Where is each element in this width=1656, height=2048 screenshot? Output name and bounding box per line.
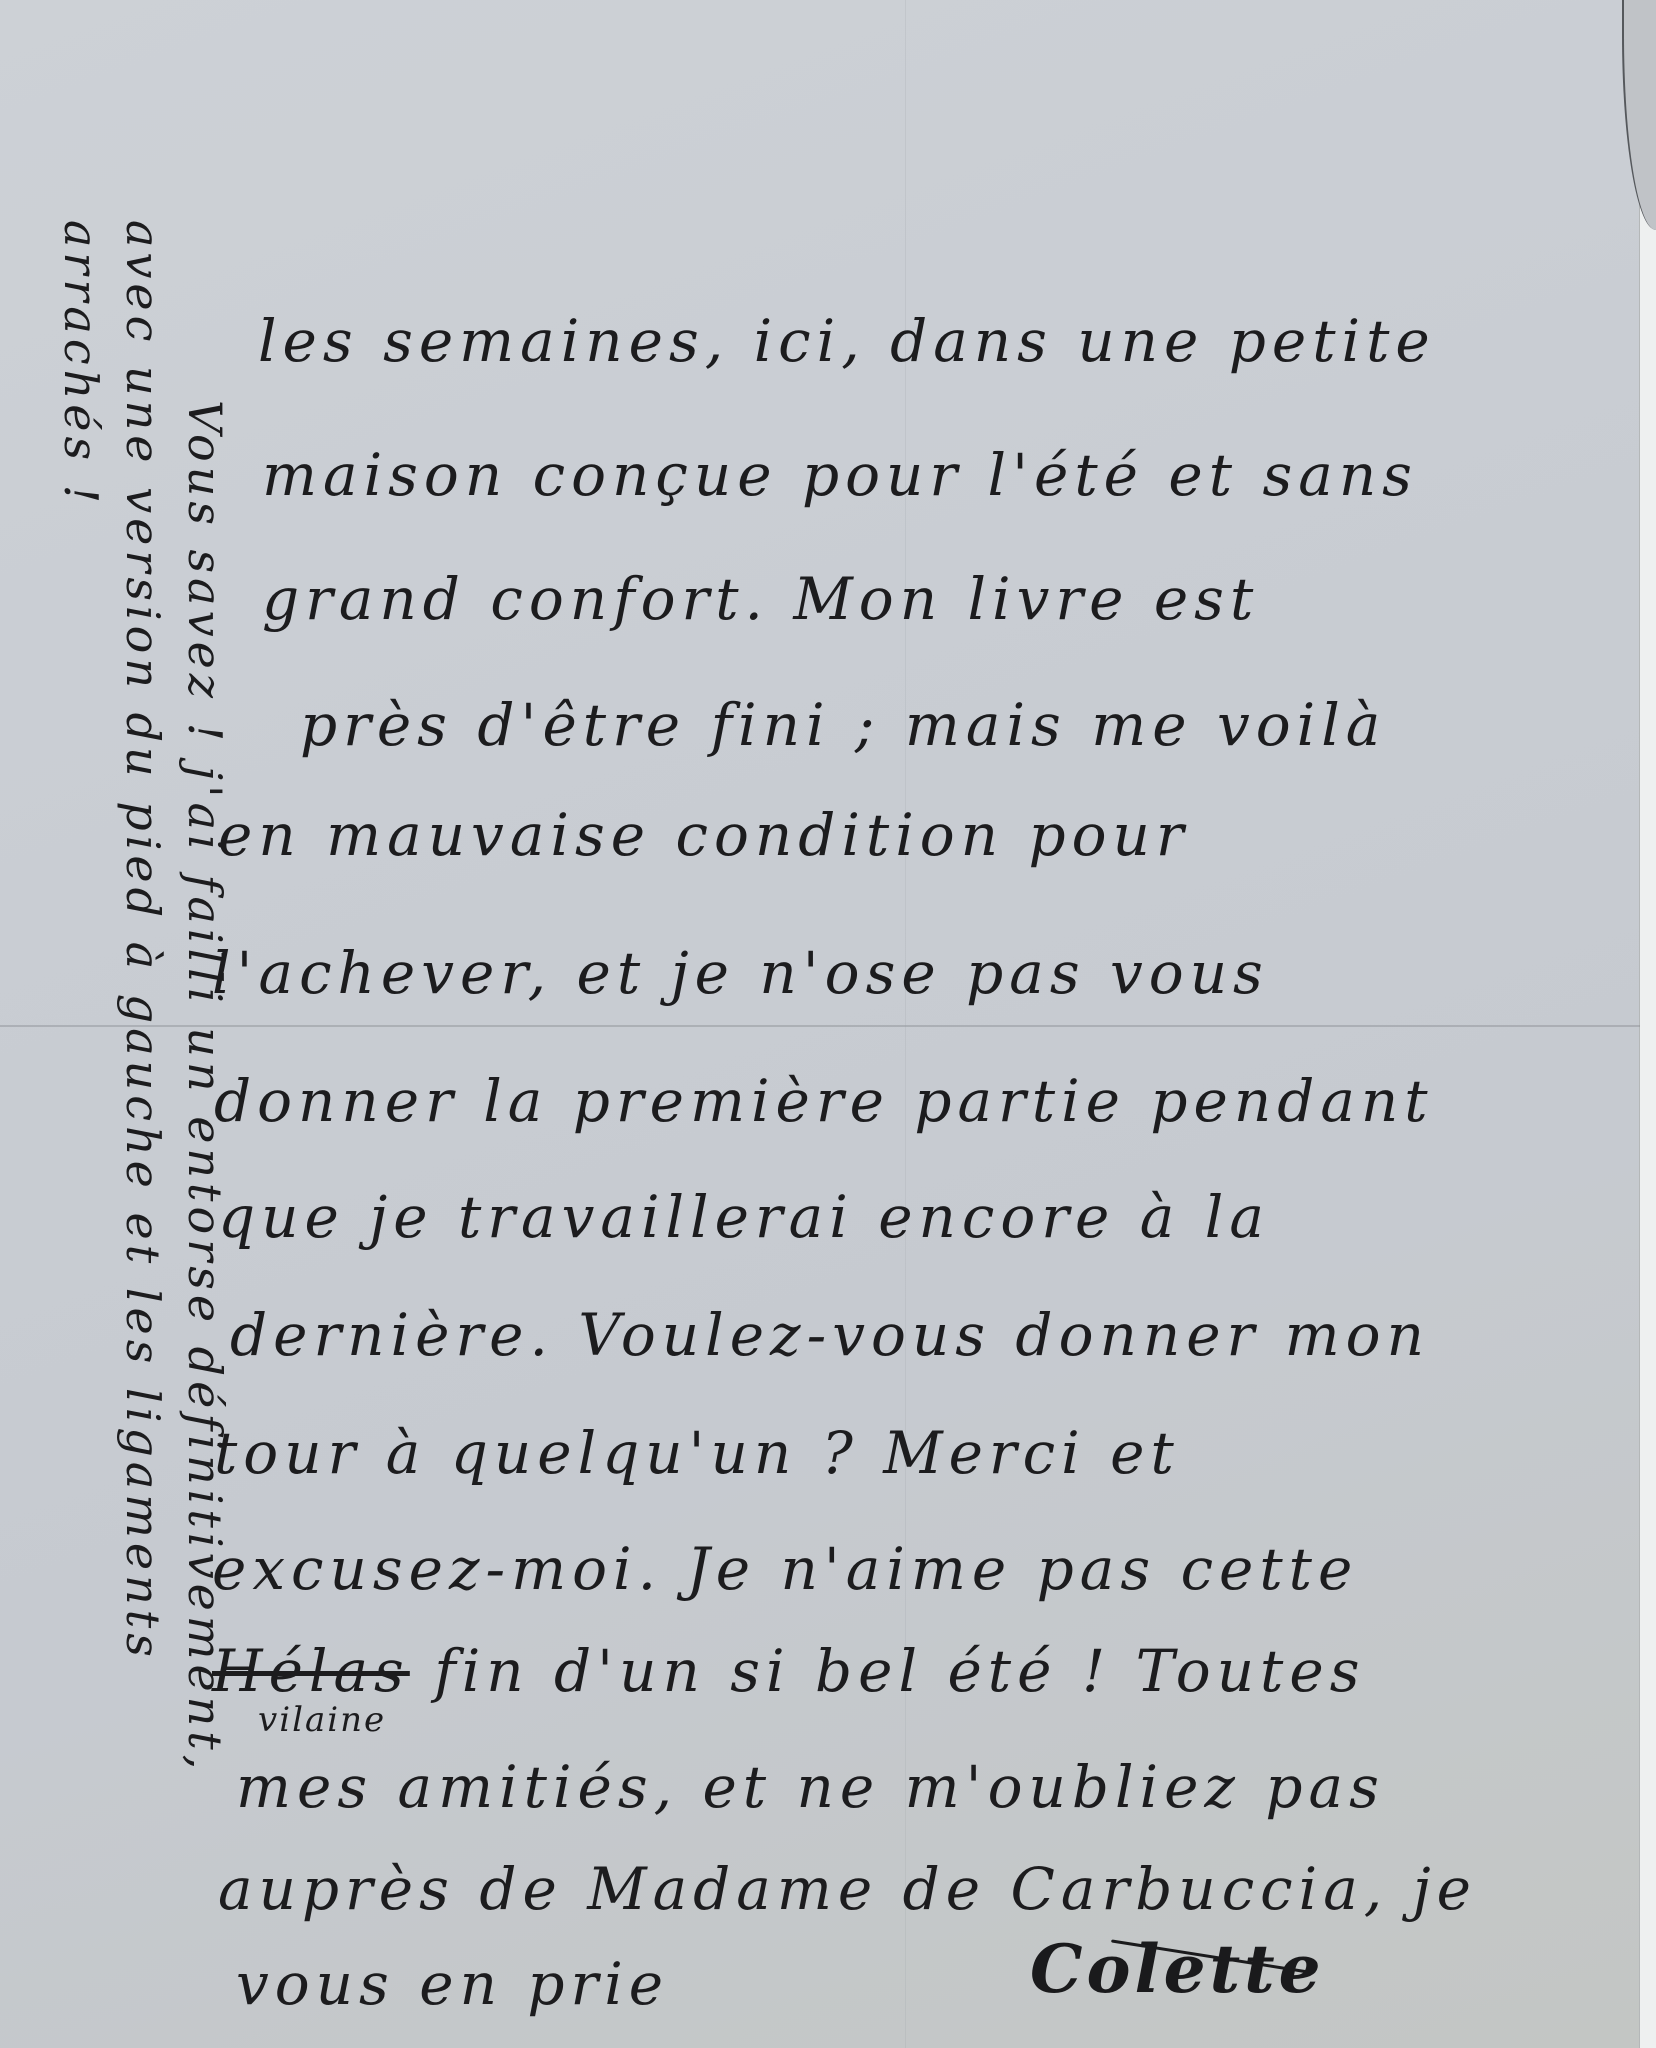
letter-photo: les semaines, ici, dans une petite maiso… <box>0 0 1656 2048</box>
body-line-15: vous en prie <box>236 1955 669 2013</box>
letter-sheet: les semaines, ici, dans une petite maiso… <box>0 0 1640 2048</box>
body-line-6: l'achever, et je n'ose pas vous <box>212 944 1269 1002</box>
margin-note-line-2: avec une version du pied à gauche et les… <box>112 220 174 1774</box>
margin-note-line-3: arrachés ! <box>50 220 112 1774</box>
body-line-8: que je travaillerai encore à la <box>218 1188 1270 1246</box>
body-line-14: auprès de Madame de Carbuccia, je <box>218 1860 1477 1918</box>
struck-word: Hélas <box>212 1637 410 1705</box>
body-line-10: tour à quelqu'un ? Merci et <box>214 1424 1180 1482</box>
body-line-9: dernière. Voulez-vous donner mon <box>230 1306 1430 1364</box>
body-line-2: maison conçue pour l'été et sans <box>262 446 1418 504</box>
horizontal-fold-crease <box>0 1025 1640 1027</box>
inserted-word: vilaine <box>258 1700 386 1740</box>
margin-note: Vous savez ! j'ai failli un entorse défi… <box>50 400 236 1774</box>
body-line-13: mes amitiés, et ne m'oubliez pas <box>236 1758 1385 1816</box>
body-line-1: les semaines, ici, dans une petite <box>258 312 1436 370</box>
body-line-12-text: fin d'un si bel été ! Toutes <box>434 1637 1365 1705</box>
body-line-4: près d'être fini ; mais me voilà <box>300 696 1386 754</box>
body-line-7: donner la première partie pendant <box>214 1072 1434 1130</box>
body-line-11: excusez-moi. Je n'aime pas cette <box>212 1540 1358 1598</box>
body-line-3: grand confort. Mon livre est <box>262 570 1259 628</box>
margin-note-line-1: Vous savez ! j'ai failli un entorse défi… <box>174 400 236 1774</box>
body-line-12: Hélas fin d'un si bel été ! Toutes <box>212 1642 1365 1700</box>
body-line-5: en mauvaise condition pour <box>218 806 1190 864</box>
